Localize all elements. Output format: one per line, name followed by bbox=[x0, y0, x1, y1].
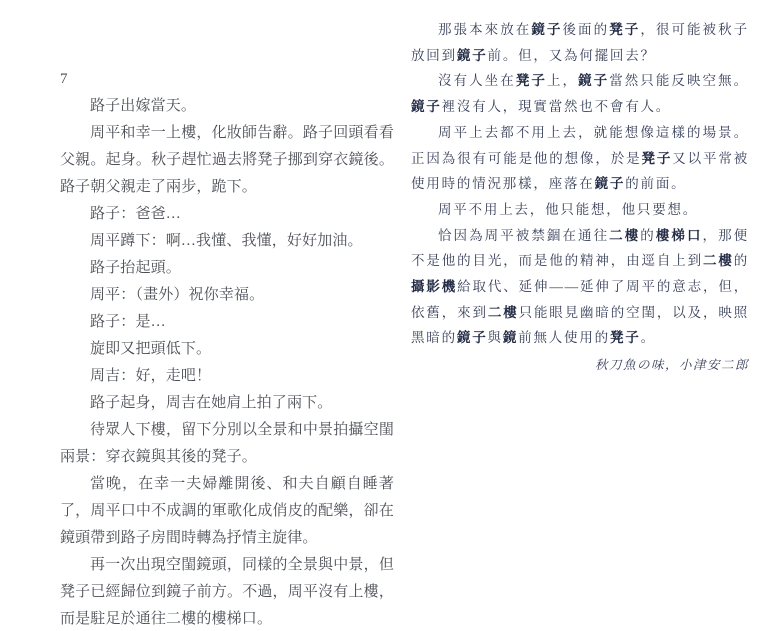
body-text: 的 bbox=[640, 228, 656, 243]
body-text: 後面的 bbox=[563, 22, 610, 37]
paragraph: 路子抬起頭。 bbox=[60, 255, 394, 282]
emphasis-text: 鏡子 bbox=[531, 22, 562, 37]
body-text: 。 bbox=[641, 330, 656, 345]
paragraph: 再一次出現空閨鏡頭，同樣的全景與中景，但凳子已經歸位到鏡子前方。不過，周平沒有上… bbox=[60, 552, 394, 631]
emphasis-text: 凳子 bbox=[642, 151, 673, 166]
paragraph: 當晚，在幸一夫婦離開後、和夫自顧自睡著了，周平口中不成調的軍歌化成俏皮的配樂，卻… bbox=[60, 471, 394, 552]
emphasis-text: 鏡子 bbox=[595, 176, 626, 191]
body-text: 的前面。 bbox=[625, 176, 686, 191]
body-text: 周平不用上去，他只能想，他只要想。 bbox=[438, 202, 698, 217]
paragraph: 那張本來放在鏡子後面的凳子，很可能被秋子放回到鏡子前。但，又為何擺回去？ bbox=[411, 17, 749, 68]
emphasis-text: 二樓 bbox=[488, 305, 519, 320]
emphasis-text: 凳子 bbox=[609, 22, 640, 37]
body-text: 裡沒有人，現實當然也不會有人。 bbox=[442, 99, 672, 114]
paragraph: 周吉：好，走吧！ bbox=[60, 363, 394, 390]
paragraph: 路子起身，周吉在她肩上拍了兩下。 bbox=[60, 390, 394, 417]
emphasis-text: 凳子 bbox=[516, 73, 547, 88]
emphasis-text: 樓梯口 bbox=[656, 228, 703, 243]
paragraph: 待眾人下樓，留下分別以全景和中景拍攝空閨兩景：穿衣鏡與其後的凳子。 bbox=[60, 417, 394, 471]
emphasis-text: 二樓 bbox=[703, 253, 734, 268]
emphasis-text: 鏡子 bbox=[457, 330, 488, 345]
body-text: 的 bbox=[734, 253, 749, 268]
commentary-paragraphs: 那張本來放在鏡子後面的凳子，很可能被秋子放回到鏡子前。但，又為何擺回去？沒有人坐… bbox=[411, 17, 749, 351]
emphasis-text: 鏡 bbox=[503, 330, 518, 345]
commentary-column: 那張本來放在鏡子後面的凳子，很可能被秋子放回到鏡子前。但，又為何擺回去？沒有人坐… bbox=[411, 17, 749, 376]
body-text: 沒有人坐在 bbox=[438, 73, 516, 88]
body-text: 恰因為周平被禁錮在通往 bbox=[438, 228, 609, 243]
body-text: 前。但，又為何擺回去？ bbox=[488, 48, 656, 63]
body-text: 與 bbox=[488, 330, 503, 345]
paragraph: 恰因為周平被禁錮在通往二樓的樓梯口，那便不是他的目光，而是他的精神，由逕自上到二… bbox=[411, 223, 749, 352]
section-number: 7 bbox=[60, 66, 394, 93]
paragraph: 周平不用上去，他只能想，他只要想。 bbox=[411, 197, 749, 223]
script-column: 7 路子出嫁當天。周平和幸一上樓，化妝師告辭。路子回頭看看父親。起身。秋子趕忙過… bbox=[60, 66, 394, 631]
paragraph: 沒有人坐在凳子上，鏡子當然只能反映空無。鏡子裡沒有人，現實當然也不會有人。 bbox=[411, 68, 749, 119]
book-page: 7 路子出嫁當天。周平和幸一上樓，化妝師告辭。路子回頭看看父親。起身。秋子趕忙過… bbox=[0, 0, 768, 631]
paragraph: 周平上去都不用上去，就能想像這樣的場景。正因為很有可能是他的想像，於是凳子又以平… bbox=[411, 120, 749, 197]
body-text: 上， bbox=[547, 73, 578, 88]
body-text: 那張本來放在 bbox=[438, 22, 531, 37]
emphasis-text: 鏡子 bbox=[457, 48, 488, 63]
paragraph: 周平：（畫外）祝你幸福。 bbox=[60, 282, 394, 309]
emphasis-text: 攝影機 bbox=[411, 279, 457, 294]
body-text: 當然只能反映空無。 bbox=[609, 73, 749, 88]
paragraph: 路子：是… bbox=[60, 309, 394, 336]
emphasis-text: 二樓 bbox=[609, 228, 640, 243]
body-text: 前無人使用的 bbox=[518, 330, 610, 345]
paragraph: 周平和幸一上樓，化妝師告辭。路子回頭看看父親。起身。秋子趕忙過去將凳子挪到穿衣鏡… bbox=[60, 120, 394, 201]
paragraph: 旋即又把頭低下。 bbox=[60, 336, 394, 363]
film-attribution: 秋刀魚の味，小津安二郎 bbox=[411, 354, 749, 376]
paragraph: 路子：爸爸… bbox=[60, 201, 394, 228]
script-paragraphs: 路子出嫁當天。周平和幸一上樓，化妝師告辭。路子回頭看看父親。起身。秋子趕忙過去將… bbox=[60, 93, 394, 631]
paragraph: 周平蹲下：啊…我懂、我懂，好好加油。 bbox=[60, 228, 394, 255]
emphasis-text: 鏡子 bbox=[578, 73, 609, 88]
emphasis-text: 鏡子 bbox=[411, 99, 442, 114]
paragraph: 路子出嫁當天。 bbox=[60, 93, 394, 120]
emphasis-text: 凳子 bbox=[610, 330, 641, 345]
